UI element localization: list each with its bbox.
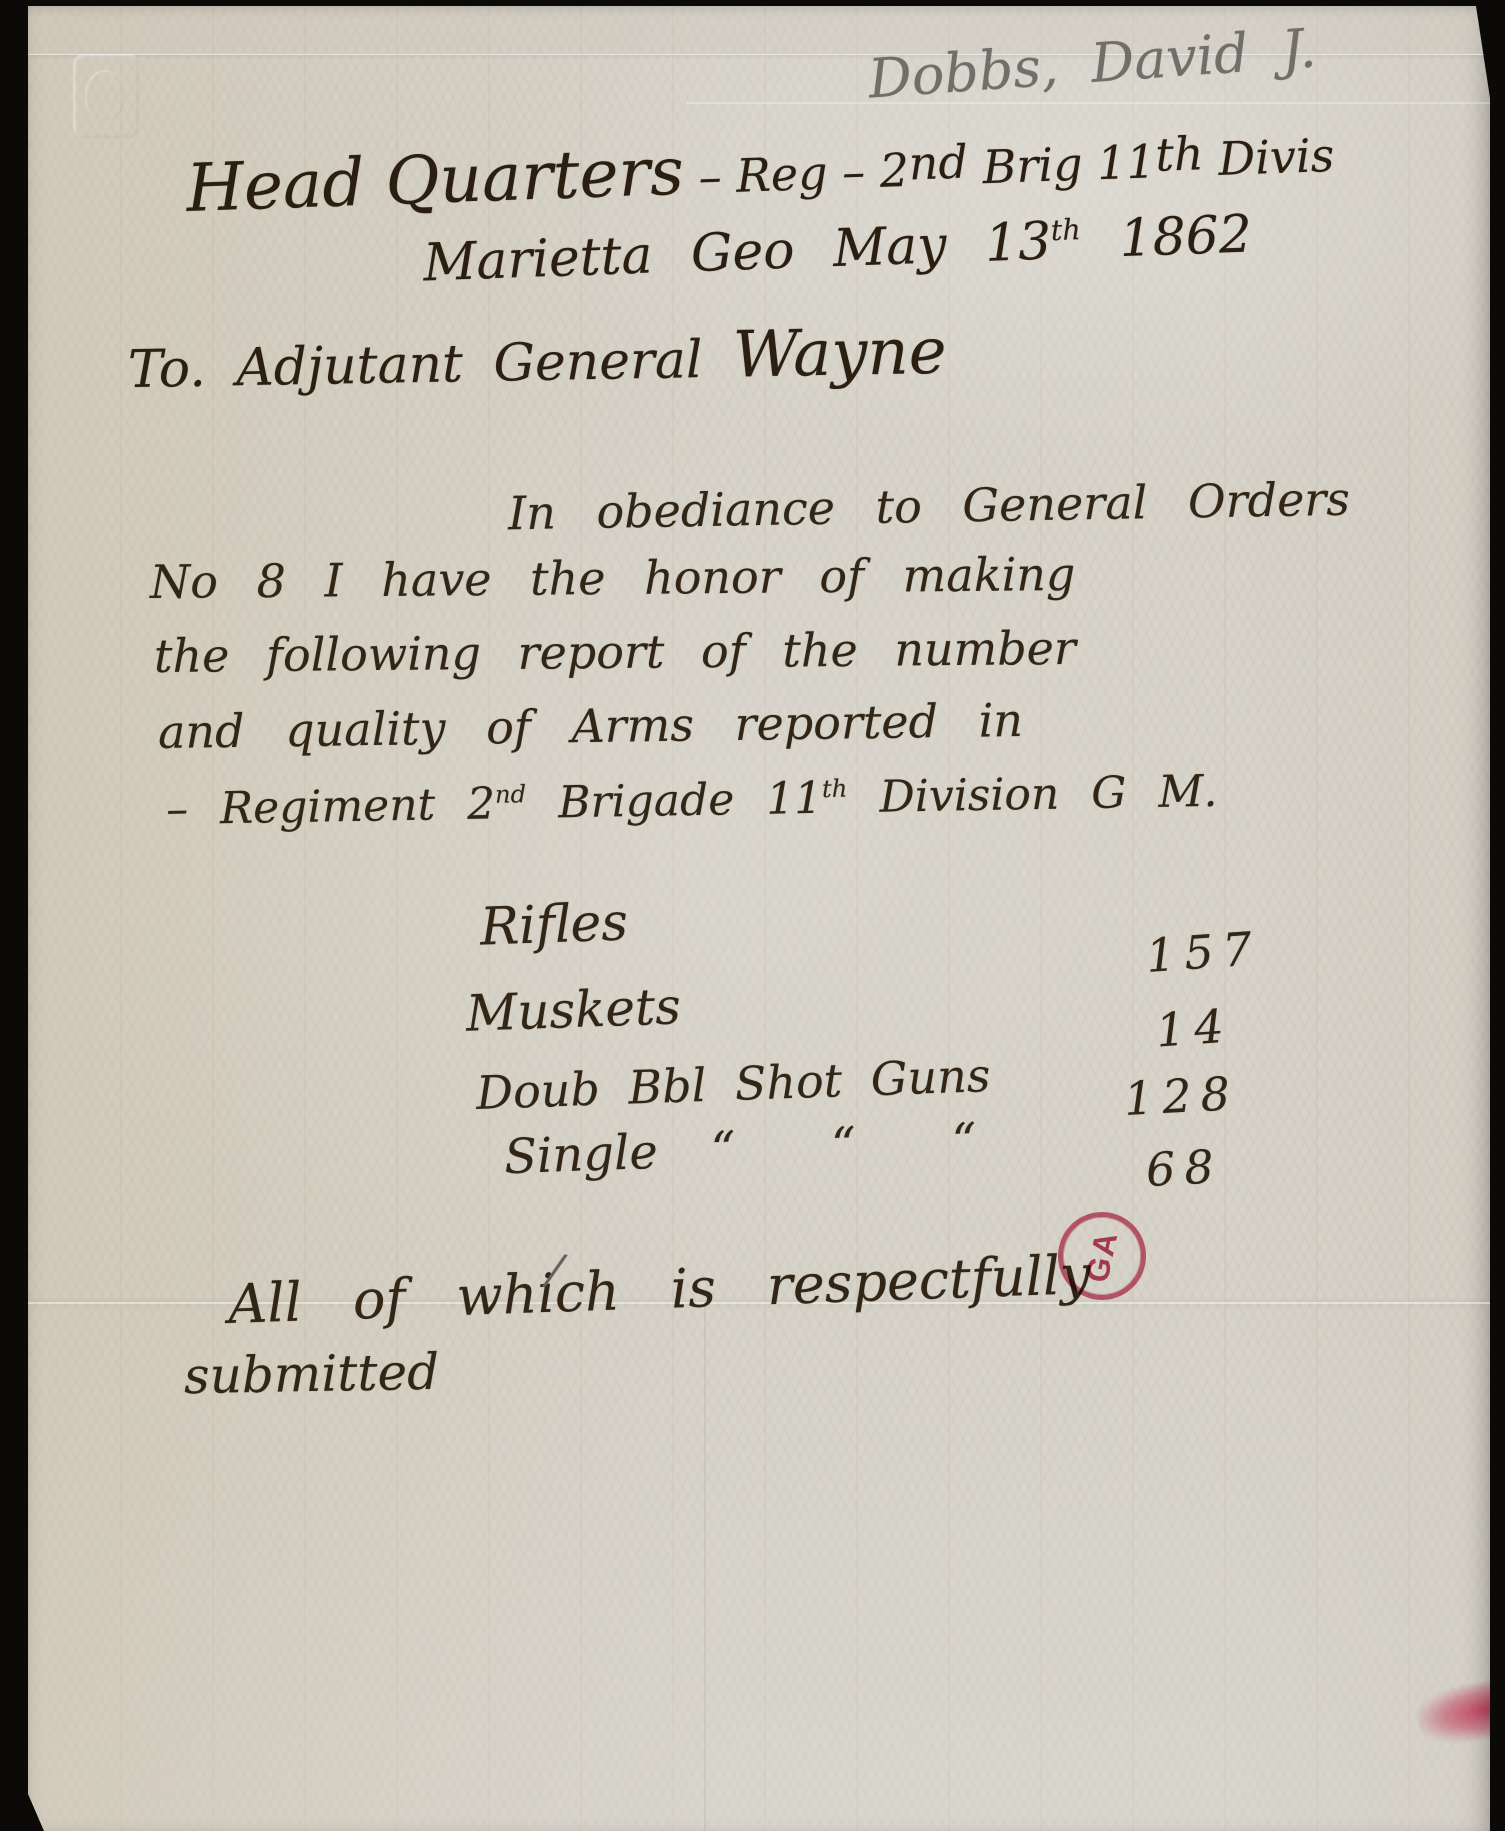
heading-divis: Divis — [1203, 128, 1335, 187]
stamp-label: GA — [1078, 1227, 1125, 1286]
embossed-seal — [73, 54, 139, 138]
closing-line-2: submitted — [184, 1346, 440, 1403]
arms-value-rifles: 157 — [1144, 924, 1262, 980]
red-smudge-mark — [1414, 1675, 1490, 1750]
body-line-2: No 8 I have the honor of making — [150, 550, 1076, 606]
fold-crease-vertical — [704, 1302, 706, 1831]
heading-place-date: Marietta Geo May 13 — [422, 212, 1052, 294]
body-sup-2nd: nd — [495, 780, 527, 809]
body-line-1: In obediance to General Orders — [508, 475, 1351, 538]
closing-line-1: All of which is respectfully — [227, 1247, 1091, 1334]
arms-value-single-shotguns: 68 — [1145, 1142, 1224, 1194]
paper: Dobbs, David J. Head Quarters – Reg – 2n… — [28, 6, 1490, 1831]
fold-crease-upper-right — [686, 102, 1490, 104]
arms-label-single-shotguns: Single “ “ “ — [503, 1116, 977, 1183]
salutation: To. Adjutant General Wayne — [127, 319, 947, 400]
arms-label-muskets: Muskets — [465, 980, 681, 1040]
heading-brig: Brig 11 — [967, 134, 1157, 195]
heading-date-sup: th — [1050, 212, 1081, 247]
heading-line-2: Marietta Geo May 13th 1862 — [422, 208, 1252, 291]
salutation-prefix: To. Adjutant General — [128, 330, 734, 401]
body-division: Division G M. — [847, 766, 1218, 823]
arms-value-muskets: 14 — [1154, 1001, 1234, 1055]
heading-sup-11th: th — [1154, 126, 1204, 182]
heading-sup-2nd: nd — [908, 134, 969, 190]
ga-archive-stamp: GA — [1058, 1212, 1146, 1300]
arms-label-double-barrel-shotguns: Doub Bbl Shot Guns — [475, 1051, 991, 1117]
heading-year: 1862 — [1080, 205, 1253, 271]
arms-label-rifles: Rifles — [479, 895, 629, 955]
scan-background: { "page": { "background_color": "#0b0a08… — [0, 0, 1505, 1831]
body-line-5: – Regiment 2nd Brigade 11th Division G M… — [166, 769, 1218, 834]
body-sup-11th: th — [822, 775, 848, 803]
body-line-3: the following report of the number — [154, 624, 1076, 680]
body-line-4: and quality of Arms reported in — [158, 696, 1024, 756]
heading-reg: – Reg – 2 — [683, 143, 910, 205]
body-regiment: – Regiment 2 — [166, 778, 496, 835]
heading-headquarters: Head Quarters — [185, 133, 685, 227]
salutation-name: Wayne — [732, 315, 947, 393]
body-brigade: Brigade 11 — [526, 773, 823, 829]
arms-value-double-barrel-shotguns: 128 — [1123, 1069, 1240, 1123]
